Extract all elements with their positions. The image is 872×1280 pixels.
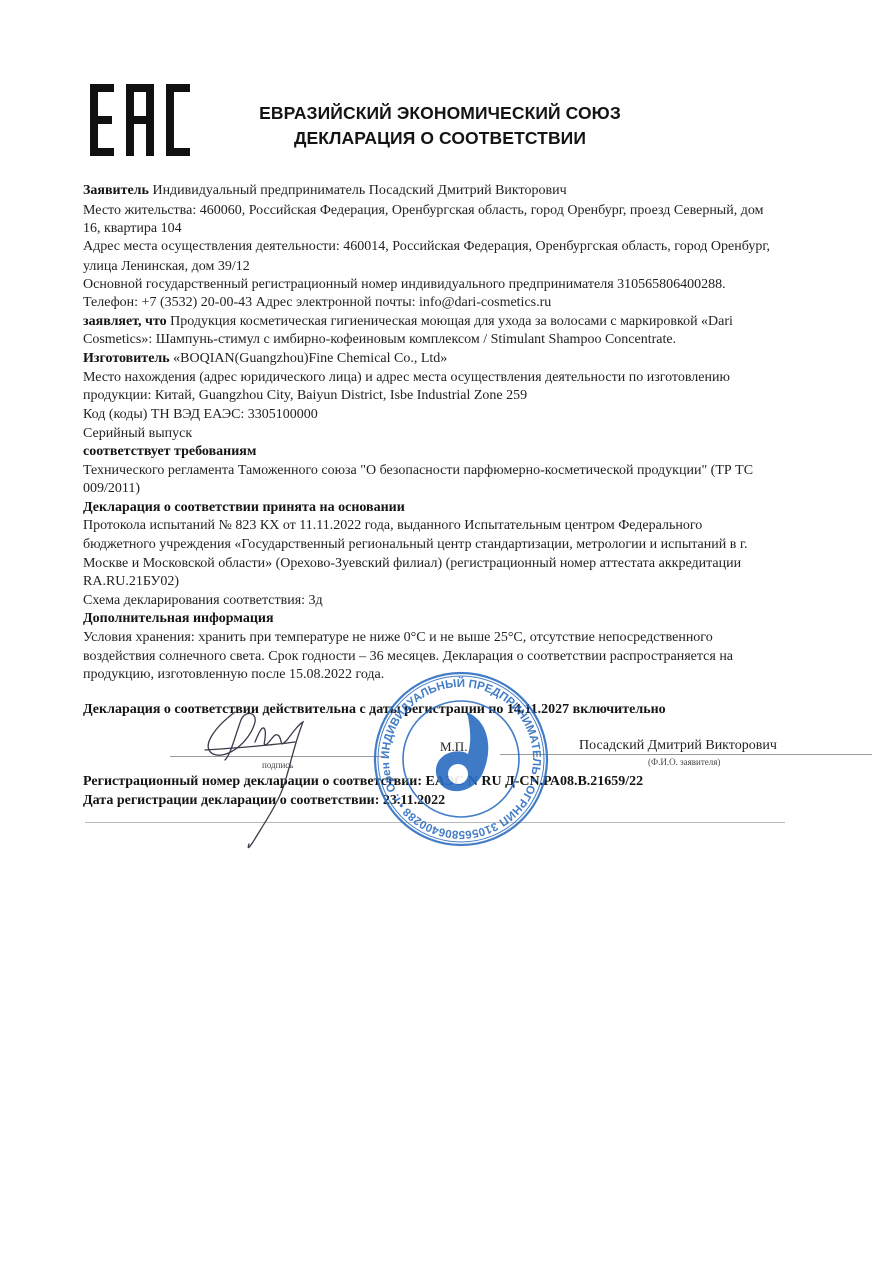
applicant-signatory-name: Посадский Дмитрий Викторович <box>579 737 777 755</box>
activity-address-line-1: Адрес места осуществления деятельности: … <box>83 238 770 256</box>
manufacturer-name: «BOQIAN(Guangzhou)Fine Chemical Co., Ltd… <box>173 351 447 366</box>
additional-line-3: продукцию, изготовленную после 15.08.202… <box>83 666 384 684</box>
product-line-2: Cosmetics»: Шампунь-стимул с имбирно-коф… <box>83 331 676 349</box>
residence-line-1: Место жительства: 460060, Российская Фед… <box>83 202 763 220</box>
additional-line-1: Условия хранения: хранить при температур… <box>83 629 713 647</box>
requirements-line-2: 009/2011) <box>83 480 140 498</box>
basis-label: Декларация о соответствии принята на осн… <box>83 499 405 517</box>
basis-line-3: Москве и Московской области» (Орехово-Зу… <box>83 555 741 573</box>
applicant-label: Заявитель <box>83 183 149 198</box>
manufacturer-address-line-1: Место нахождения (адрес юридического лиц… <box>83 369 730 387</box>
ogrnip-line: Основной государственный регистрационный… <box>83 276 726 294</box>
registration-number-line: Регистрационный номер декларации о соотв… <box>83 773 643 791</box>
name-caption: (Ф.И.О. заявителя) <box>648 757 720 767</box>
hs-code-line: Код (коды) ТН ВЭД ЕАЭС: 3305100000 <box>83 406 318 424</box>
handwritten-signature <box>195 702 345 852</box>
declares-line: заявляет, что Продукция косметическая ги… <box>83 313 733 331</box>
eac-logo <box>88 84 192 156</box>
additional-label: Дополнительная информация <box>83 610 274 628</box>
document-title: ДЕКЛАРАЦИЯ О СООТВЕТСТВИИ <box>230 128 650 149</box>
basis-line-4: RA.RU.21БУ02) <box>83 573 179 591</box>
residence-line-2: 16, квартира 104 <box>83 220 182 238</box>
requirements-line-1: Технического регламента Таможенного союз… <box>83 462 753 480</box>
declares-label: заявляет, что <box>83 314 167 329</box>
manufacturer-label: Изготовитель <box>83 351 170 366</box>
additional-line-2: воздействия солнечного света. Срок годно… <box>83 648 733 666</box>
manufacturer-line: Изготовитель «BOQIAN(Guangzhou)Fine Chem… <box>83 350 447 368</box>
production-type-line: Серийный выпуск <box>83 425 192 443</box>
activity-address-line-2: улица Ленинская, дом 39/12 <box>83 258 250 276</box>
requirements-label: соответствует требованиям <box>83 443 256 461</box>
basis-line-1: Протокола испытаний № 823 КХ от 11.11.20… <box>83 517 702 535</box>
union-name: ЕВРАЗИЙСКИЙ ЭКОНОМИЧЕСКИЙ СОЮЗ <box>230 103 650 124</box>
manufacturer-address-line-2: продукции: Китай, Guangzhou City, Baiyun… <box>83 387 527 405</box>
basis-line-2: бюджетного учреждения «Государственный р… <box>83 536 748 554</box>
scheme-line: Схема декларирования соответствия: 3д <box>83 592 323 610</box>
applicant-line: Заявитель Индивидуальный предприниматель… <box>83 182 567 200</box>
contacts-line: Телефон: +7 (3532) 20-00-43 Адрес электр… <box>83 294 551 312</box>
seal-stamp: ИНДИВИДУАЛЬНЫЙ ПРЕДПРИНИМАТЕЛЬ • ОГРНИП … <box>372 670 550 848</box>
applicant-name: Индивидуальный предприниматель Посадский… <box>152 183 566 198</box>
product-line-1: Продукция косметическая гигиеническая мо… <box>170 314 733 329</box>
